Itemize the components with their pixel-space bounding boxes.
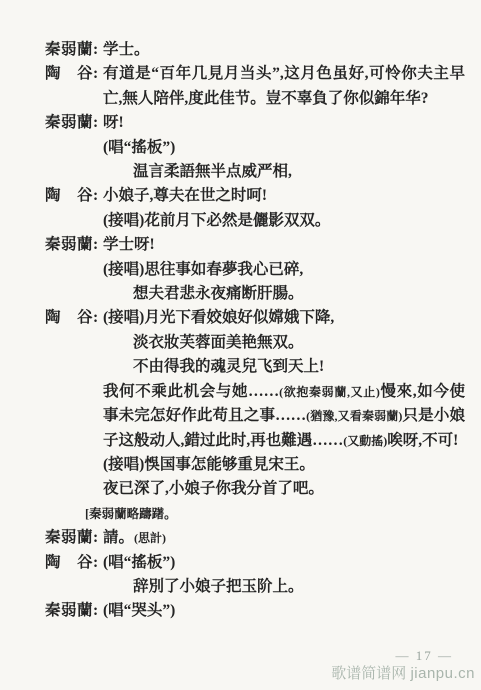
script-line: 秦弱蘭: 請。(思計)	[45, 526, 465, 550]
script-line: 陶 谷: (唱“搖板”)	[45, 551, 465, 575]
dialogue-text: 学士。	[103, 41, 150, 58]
lyric-text: (接唱)悞国事怎能够重見宋王。	[103, 456, 315, 473]
score-page: 秦弱蘭: 学士。 陶 谷: 有道是“百年几見月当头”,这月色虽好,可怜你夫主早亡…	[0, 0, 481, 690]
dialogue-text: 請。	[103, 529, 134, 546]
lyric-text: (接唱)思往事如春夢我心已碎,	[103, 261, 303, 278]
speaker-name: 陶 谷:	[45, 551, 103, 575]
watermark-site-name: 歌谱简谱网	[331, 665, 406, 682]
tune-direction: (唱“搖板”)	[103, 554, 175, 571]
script-line: 不由得我的魂灵兒飞到天上!	[45, 355, 465, 379]
lyric-text: 不由得我的魂灵兒飞到天上!	[133, 358, 324, 375]
script-line: 夜已深了,小娘子你我分首了吧。	[45, 477, 465, 501]
script-line: (接唱)悞国事怎能够重見宋王。	[45, 453, 465, 477]
speaker-name: 陶 谷:	[45, 306, 103, 330]
script-line: (接唱)花前月下必然是儷影双双。	[45, 209, 465, 233]
script-line: 想夫君悲永夜痛断肝腸。	[45, 282, 465, 306]
speaker-name: 秦弱蘭:	[45, 38, 103, 62]
stage-direction: (欲抱秦弱蘭,又止)	[279, 385, 380, 399]
script-line: [秦弱蘭略躊躇。	[45, 502, 465, 526]
stage-direction: [秦弱蘭略躊躇。	[85, 507, 177, 521]
speaker-name: 陶 谷:	[45, 62, 103, 111]
speaker-name: 秦弱蘭:	[45, 599, 103, 623]
script-line: (唱“搖板”)	[45, 136, 465, 160]
stage-direction: (又動搖)	[343, 434, 387, 448]
speaker-name: 秦弱蘭:	[45, 233, 103, 257]
lyric-text: 温言柔語無半点威严相,	[133, 163, 292, 180]
stage-direction: (思計)	[134, 531, 166, 545]
lyric-text: 淡衣妝芙蓉面美艳無双。	[133, 334, 304, 351]
script-line: 陶 谷: 有道是“百年几見月当头”,这月色虽好,可怜你夫主早亡,無人陪伴,度此佳…	[45, 62, 465, 111]
dialogue-text: 呀!	[103, 114, 124, 131]
lyric-text: (接唱)月光下看姣娘好似嫦娥下降,	[103, 309, 334, 326]
lyric-text: 想夫君悲永夜痛断肝腸。	[133, 285, 304, 302]
stage-direction: (猶豫,又看秦弱蘭)	[306, 409, 402, 423]
script-line: 辞別了小娘子把玉阶上。	[45, 575, 465, 599]
dialogue-text: 我何不乘此机会与她……	[103, 383, 279, 400]
script-line: (接唱)思往事如春夢我心已碎,	[45, 258, 465, 282]
dialogue-text: 唉呀,不可!	[387, 432, 458, 449]
watermark: 歌谱简谱网 jianpu.cn	[331, 662, 475, 683]
script-line: 淡衣妝芙蓉面美艳無双。	[45, 331, 465, 355]
script-line: 陶 谷: 小娘子,尊夫在世之时呵!	[45, 184, 465, 208]
script-line: 秦弱蘭: (唱“哭头”)	[45, 599, 465, 623]
dialogue-text: 小娘子,尊夫在世之时呵!	[103, 187, 267, 204]
script-line: 秦弱蘭: 学士。	[45, 38, 465, 62]
lyric-text: 辞別了小娘子把玉阶上。	[133, 578, 304, 595]
script-line: 秦弱蘭: 学士呀!	[45, 233, 465, 257]
lyric-text: (接唱)花前月下必然是儷影双双。	[103, 212, 330, 229]
speaker-name: 陶 谷:	[45, 184, 103, 208]
script-line: 陶 谷: (接唱)月光下看姣娘好似嫦娥下降,	[45, 306, 465, 330]
dialogue-text: 学士呀!	[103, 236, 155, 253]
script-line: 秦弱蘭: 呀!	[45, 111, 465, 135]
tune-direction: (唱“搖板”)	[103, 139, 175, 156]
speaker-name: 秦弱蘭:	[45, 526, 103, 550]
script-line: 温言柔語無半点威严相,	[45, 160, 465, 184]
dialogue-text: 夜已深了,小娘子你我分首了吧。	[103, 480, 324, 497]
tune-direction: (唱“哭头”)	[103, 602, 175, 619]
dialogue-text: 有道是“百年几見月当头”,这月色虽好,可怜你夫主早亡,無人陪伴,度此佳节。豈不辜…	[103, 65, 465, 106]
watermark-domain: jianpu.cn	[410, 665, 475, 682]
script-line: 我何不乘此机会与她……(欲抱秦弱蘭,又止)慢來,如今使事未完怎好作此苟且之事………	[45, 380, 465, 453]
speaker-name: 秦弱蘭:	[45, 111, 103, 135]
